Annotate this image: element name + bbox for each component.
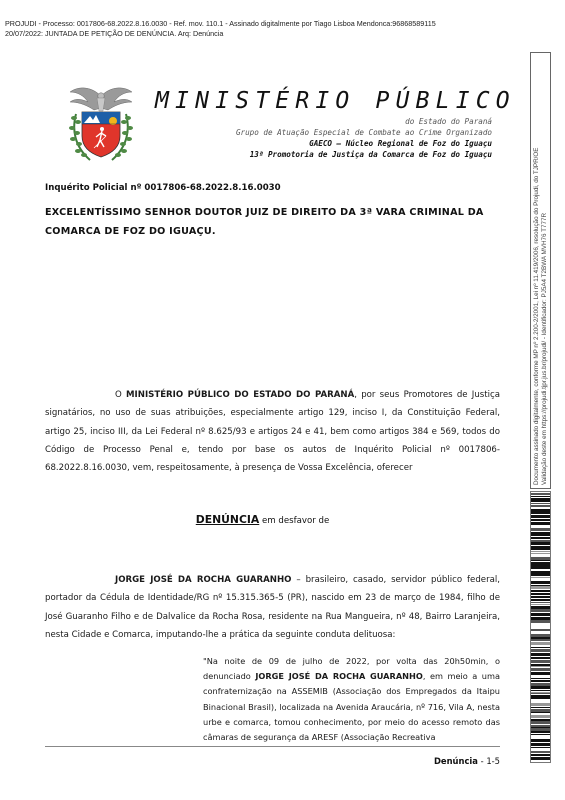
header-subtitle-promotoria: 13ª Promotoria de Justiça da Comarca de … [250, 150, 492, 159]
header-subtitle-group: Grupo de Atuação Especial de Combate ao … [236, 128, 492, 137]
sidebar-line-1: Documento assinado digitalmente, conform… [533, 53, 541, 485]
stamp-line-1: PROJUDI - Processo: 0017806-68.2022.8.16… [5, 19, 436, 29]
intro-bold: MINISTÉRIO PÚBLICO DO ESTADO DO PARANÁ [126, 390, 354, 400]
defendant-paragraph: JORGE JOSÉ DA ROCHA GUARANHO – brasileir… [45, 571, 500, 644]
defendant-name: JORGE JOSÉ DA ROCHA GUARANHO [115, 575, 291, 585]
intro-prefix: O [115, 390, 126, 400]
header-subtitle-gaeco: GAECO – Núcleo Regional de Foz do Iguaçu [309, 139, 492, 148]
intro-paragraph: O MINISTÉRIO PÚBLICO DO ESTADO DO PARANÁ… [45, 386, 500, 477]
facts-quote: "Na noite de 09 de julho de 2022, por vo… [203, 654, 500, 745]
denuncia-title: DENÚNCIA [196, 513, 259, 526]
parana-coat-of-arms-icon [66, 84, 136, 164]
quote-rest: , em meio a uma confraternização na ASSE… [203, 671, 500, 742]
page-footer: Denúncia - 1-5 [434, 756, 500, 766]
footer-doc-name: Denúncia [434, 756, 478, 766]
projudi-signature-stamp: PROJUDI - Processo: 0017806-68.2022.8.16… [5, 19, 436, 38]
barcode-icon [530, 491, 551, 763]
footer-divider [45, 746, 500, 747]
addressee: EXCELENTÍSSIMO SENHOR DOUTOR JUIZ DE DIR… [45, 203, 500, 241]
stamp-line-2: 20/07/2022: JUNTADA DE PETIÇÃO DE DENÚNC… [5, 29, 436, 39]
sidebar-line-2: Validação deste em https://projudi.tjpr.… [541, 53, 549, 485]
denuncia-suffix: em desfavor de [259, 516, 329, 526]
header-title: MINISTÉRIO PÚBLICO [155, 88, 516, 114]
digital-signature-sidebar: Documento assinado digitalmente, conform… [530, 52, 551, 489]
intro-rest: , por seus Promotores de Justiça signatá… [45, 390, 500, 473]
page-number: 1-5 [486, 756, 500, 766]
header-subtitle-state: do Estado do Paraná [405, 117, 492, 126]
inquerito-number: Inquérito Policial nº 0017806-68.2022.8.… [45, 183, 281, 193]
sidebar-text: Documento assinado digitalmente, conform… [533, 53, 549, 485]
quote-bold-name: JORGE JOSÉ DA ROCHA GUARANHO [255, 671, 423, 681]
denuncia-heading: DENÚNCIA em desfavor de [0, 513, 525, 526]
